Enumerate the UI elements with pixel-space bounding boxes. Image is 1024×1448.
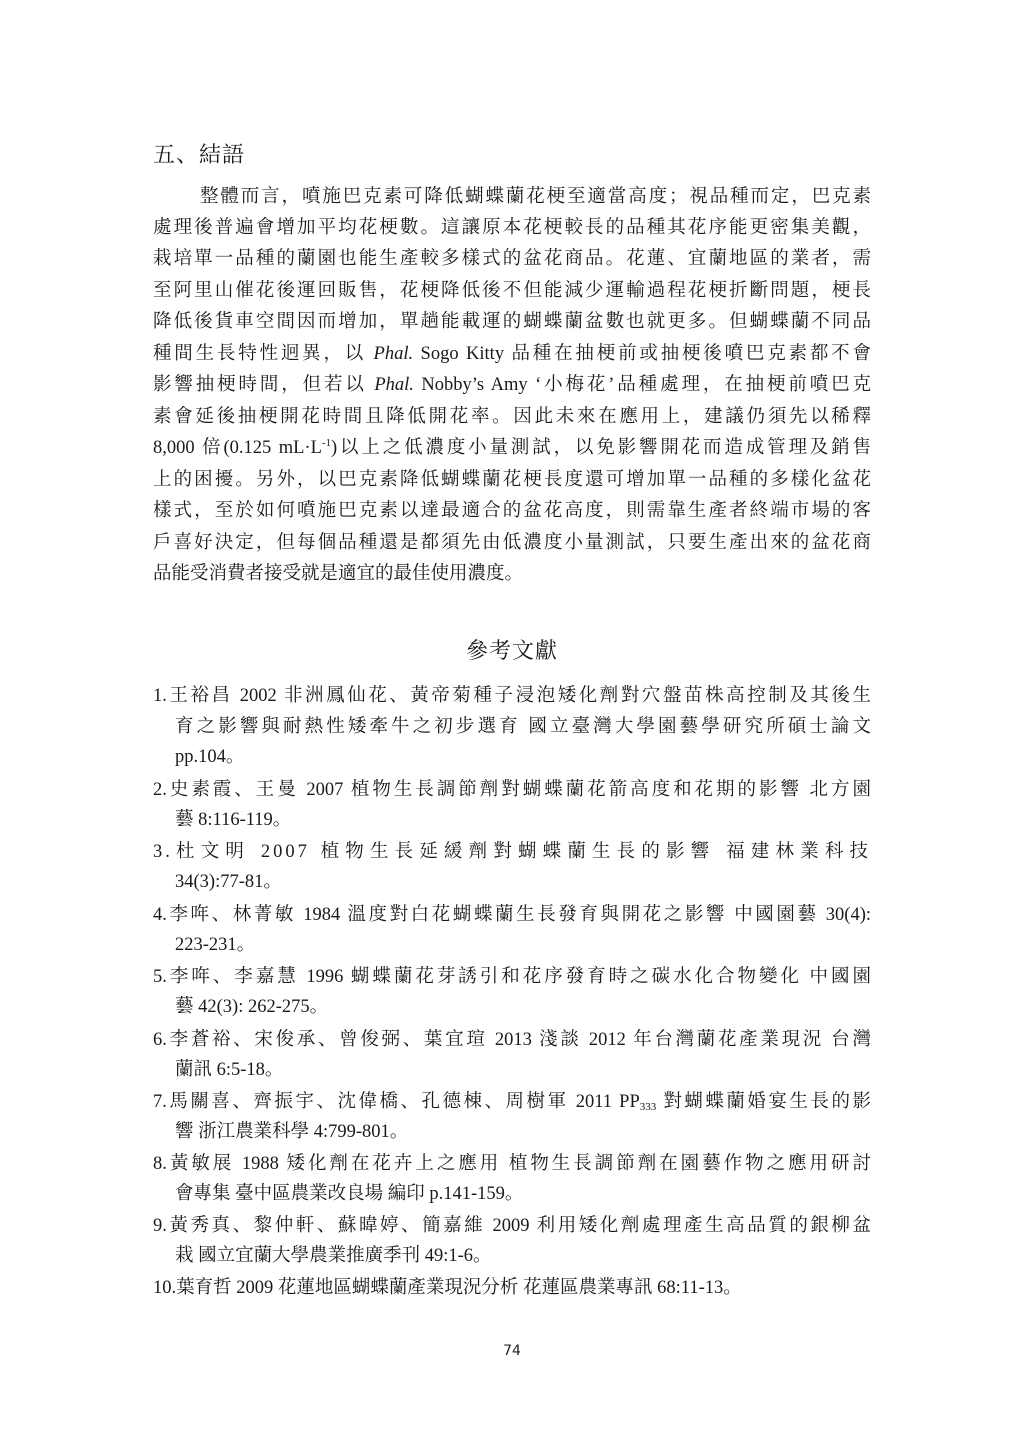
paragraph-line: 影響抽梗時間，但若以 Phal. Nobby’s Amy ‘小梅花’品種處理，在… xyxy=(153,371,871,399)
paragraph-line: 樣式，至於如何噴施巴克素以達最適合的盆花高度，則需靠生產者終端市場的客 xyxy=(153,497,871,525)
superscript: -1 xyxy=(322,437,331,449)
paragraph-line: 降低後貨車空間因而增加，單趟能載運的蝴蝶蘭盆數也就更多。但蝴蝶蘭不同品 xyxy=(153,308,871,336)
paragraph-line: 戶喜好決定，但每個品種還是都須先由低濃度小量測試，只要生產出來的盆花商 xyxy=(153,529,871,557)
paragraph-line: 種間生長特性迥異，以 Phal. Sogo Kitty 品種在抽梗前或抽梗後噴巴… xyxy=(153,340,871,368)
page-number: 74 xyxy=(0,1343,1024,1359)
subscript: 333 xyxy=(640,1101,657,1113)
paragraph-line: 整體而言，噴施巴克素可降低蝴蝶蘭花梗至適當高度；視品種而定，巴克素 xyxy=(200,183,871,211)
paragraph-line: 至阿里山催花後運回販售，花梗降低後不但能減少運輸過程花梗折斷問題，梗長 xyxy=(153,277,871,305)
paragraph-line: 8,000 倍(0.125 mL·L-1)以上之低濃度小量測試，以免影響開花而造… xyxy=(153,434,871,462)
paragraph-line: 處理後普遍會增加平均花梗數。這讓原本花梗較長的品種其花序能更密集美觀， xyxy=(153,214,871,242)
paragraph-line: 品能受消費者接受就是適宜的最佳使用濃度。 xyxy=(153,560,871,588)
genus-abbrev: Phal. xyxy=(374,375,414,395)
genus-abbrev: Phal. xyxy=(374,344,414,364)
section-heading: 五、結語 xyxy=(153,140,245,170)
document-page: 五、結語 整體而言，噴施巴克素可降低蝴蝶蘭花梗至適當高度；視品種而定，巴克素 處… xyxy=(0,0,1024,1448)
paragraph-line: 栽培單一品種的蘭園也能生產較多樣式的盆花商品。花蓮、宜蘭地區的業者，需 xyxy=(153,245,871,273)
paragraph-line: 上的困擾。另外，以巴克素降低蝴蝶蘭花梗長度還可增加單一品種的多樣化盆花 xyxy=(153,466,871,494)
references-title: 參考文獻 xyxy=(0,636,1024,666)
paragraph-line: 素會延後抽梗開花時間且降低開花率。因此未來在應用上，建議仍須先以稀釋 xyxy=(153,403,871,431)
